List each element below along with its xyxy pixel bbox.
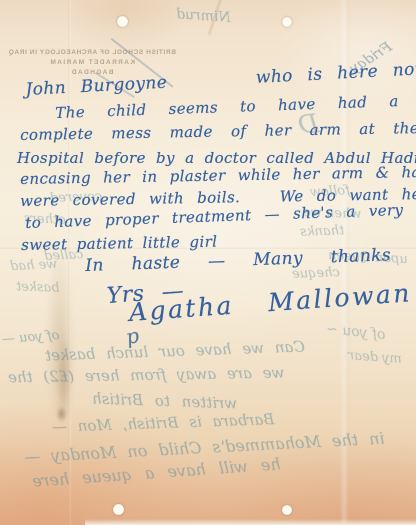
punch-hole-top-left: [117, 16, 128, 27]
punch-hole-top-right: [282, 17, 292, 27]
handwriting-line: sweet patient little girl: [21, 233, 218, 254]
showthrough-fragment: basket: [16, 279, 60, 296]
showthrough-line: we are away from here (£2) the: [8, 364, 285, 387]
letter-scan: BRITISH SCHOOL OF ARCHAEOLOGY IN IRAQ KA…: [0, 0, 416, 525]
showthrough-fragment: thanks: [300, 223, 345, 240]
showthrough-fragment: of you ~: [325, 321, 386, 343]
letterhead-showthrough: BRITISH SCHOOL OF ARCHAEOLOGY IN IRAQ KA…: [8, 49, 176, 76]
handwriting-line: The child seems to have had a: [55, 92, 399, 122]
showthrough-line: Barbara is British, Mon —: [52, 410, 275, 436]
letterhead-line-1: BRITISH SCHOOL OF ARCHAEOLOGY IN IRAQ: [8, 49, 176, 56]
showthrough-fragment: my dear: [348, 348, 403, 367]
bottom-edge-highlight: [85, 519, 416, 525]
showthrough-line: written to British: [92, 389, 238, 412]
nimrud-note: Nimrud: [176, 6, 232, 26]
letterhead-line-2: KARRADET MARIAM: [8, 59, 176, 66]
handwriting-line: complete mess made of her arm at the: [20, 119, 416, 144]
punch-hole-bottom-left: [113, 504, 124, 515]
showthrough-line: Can we have our lunch basket: [45, 337, 305, 364]
punch-hole-bottom-right: [282, 505, 292, 515]
